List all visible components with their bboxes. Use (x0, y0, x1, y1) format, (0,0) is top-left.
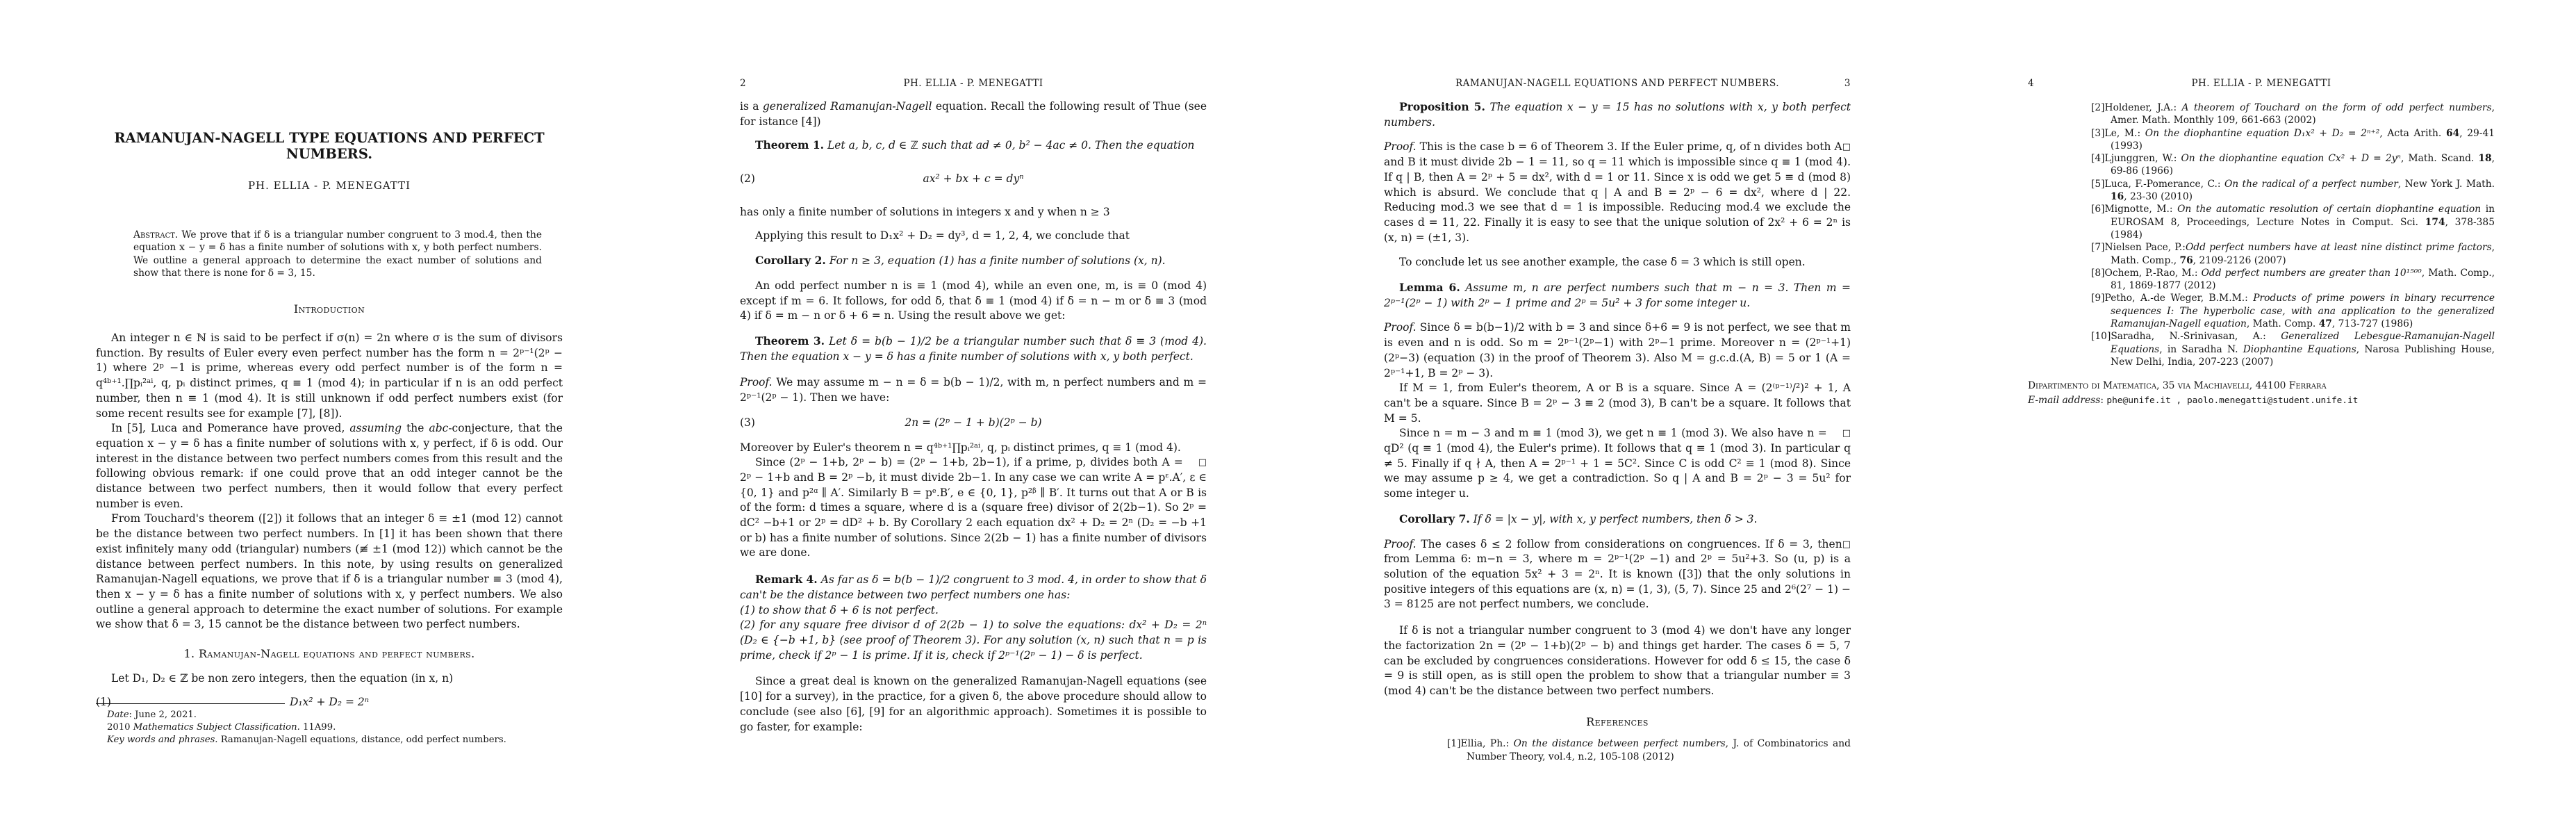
paragraph: Proposition 5. The equation x − y = 15 h… (1384, 99, 1851, 130)
text-segment: , New York J. Math. (2398, 179, 2495, 190)
page-4: 4PH. ELLIA - P. MENEGATTI[2]Holdener, J.… (1932, 0, 2576, 834)
text-segment: To conclude let us see another example, … (1399, 256, 1806, 268)
text-segment: We may assume m − n = δ = b(b − 1)/2, wi… (740, 376, 1207, 404)
paragraph: Proof. We may assume m − n = δ = b(b − 1… (740, 375, 1207, 405)
equation-number: (2) (740, 172, 784, 187)
reference-label: [9] (2091, 293, 2105, 304)
text-segment: , 23-30 (2010) (2124, 191, 2193, 202)
paragraph: has only a finite number of solutions in… (740, 205, 1207, 220)
text-segment: Odd perfect numbers are greater than 10¹… (2202, 268, 2422, 279)
text-segment: An integer n ∈ ℕ is said to be perfect i… (96, 332, 563, 420)
text-segment: abc (429, 422, 448, 434)
paragraph: Since a great deal is known on the gener… (740, 674, 1207, 735)
text-segment: Proposition 5. (1399, 100, 1485, 113)
paragraph: If δ is not a triangular number congruen… (1384, 623, 1851, 699)
text-segment: assuming (349, 422, 402, 434)
paragraph: Applying this result to D₁x² + D₂ = dy³,… (740, 229, 1207, 244)
text-segment: Proof. (1384, 321, 1417, 334)
text-segment: On the automatic resolution of certain d… (2177, 204, 2481, 215)
text-segment: Theorem 3. (755, 334, 825, 347)
section-heading: Introduction (96, 302, 563, 317)
reference-label: [2] (2091, 102, 2105, 113)
section-heading: References (1384, 714, 1851, 730)
text-segment: 47 (2319, 318, 2332, 329)
text-segment: On the radical of a perfect number (2224, 179, 2398, 190)
text-segment: 11A99. (300, 722, 336, 733)
qed-box: □ (1842, 140, 1851, 155)
text-segment: E-mail address (2028, 395, 2100, 406)
text-segment: Corollary 7. (1399, 512, 1470, 525)
paragraph: □Since n = m − 3 and m ≡ 1 (mod 3), we g… (1384, 426, 1851, 502)
paragraph: From Touchard's theorem ([2]) it follows… (96, 512, 563, 632)
paragraph: (1) to show that δ + 6 is not perfect. (740, 603, 1207, 619)
text-segment: Applying this result to D₁x² + D₂ = dy³,… (755, 229, 1130, 242)
text-segment: Ljunggren, W.: (2105, 153, 2181, 164)
paragraph: In [5], Luca and Pomerance have proved, … (96, 421, 563, 512)
reference-item: [10]Saradha, N.-Srinivasan, A.: Generali… (2091, 330, 2495, 368)
paragraph: is a generalized Ramanujan-Nagell equati… (740, 99, 1207, 129)
reference-label: [8] (2091, 268, 2105, 279)
text-segment: For n ≥ 3, equation (1) has a finite num… (829, 254, 1166, 267)
text-segment: -conjecture, that the equation x − y = δ… (96, 422, 563, 510)
text-segment: On the diophantine equation D₁x² + D₂ = … (2145, 128, 2380, 139)
text-segment: Nielsen Pace, P.: (2105, 242, 2186, 253)
abstract-label: Abstract. (133, 229, 178, 240)
text-segment: Introduction (294, 302, 365, 316)
text-segment: Since n = m − 3 and m ≡ 1 (mod 3), we ge… (1384, 427, 1851, 500)
footnote-line: Date: June 2, 2021. (96, 709, 563, 721)
paragraph: □Since (2ᵖ − 1+b, 2ᵖ − b) = (2ᵖ − 1+b, 2… (740, 455, 1207, 561)
paragraph: Remark 4. As far as δ = b(b − 1)/2 congr… (740, 572, 1207, 603)
paragraph: E-mail address: phe@unife.it , paolo.men… (2028, 394, 2495, 407)
reference-item: [6]Mignotte, M.: On the automatic resolu… (2091, 203, 2495, 241)
text-segment: Moreover by Euler's theorem n = q⁴ᵇ⁺¹∏pᵢ… (740, 441, 1181, 454)
paper-canvas: arXiv:1406.2183v1 [math.NT] 9 Jun 2014 R… (0, 0, 2576, 834)
text-segment: References (1586, 715, 1649, 728)
text-segment: Let a, b, c, d ∈ ℤ such that ad ≠ 0, b² … (827, 139, 1194, 152)
equation: (3)2n = (2ᵖ − 1 + b)(2ᵖ − b) (740, 416, 1207, 431)
reference-item: [8]Ochem, P.-Rao, M.: Odd perfect number… (2091, 267, 2495, 293)
paragraph: Proof. Since δ = b(b−1)/2 with b = 3 and… (1384, 320, 1851, 381)
reference-label: [6] (2091, 204, 2105, 215)
text-segment: Mignotte, M.: (2105, 204, 2178, 215)
text-segment: The cases δ ≤ 2 follow from consideratio… (1384, 538, 1851, 611)
text-segment: Le, M.: (2105, 128, 2145, 139)
text-segment: If δ is not a triangular number congruen… (1384, 624, 1851, 697)
paragraph: Theorem 3. Let δ = b(b − 1)/2 be a trian… (740, 334, 1207, 364)
equation-formula: ax² + bx + c = dyⁿ (784, 172, 1162, 187)
paragraph: (2) for any square free divisor d of 2(2… (740, 618, 1207, 663)
paragraph: Lemma 6. Assume m, n are perfect numbers… (1384, 280, 1851, 311)
footnote-line: 2010 Mathematics Subject Classification.… (96, 721, 563, 734)
page-content: Proposition 5. The equation x − y = 15 h… (1384, 0, 1851, 763)
text-segment: 18 (2478, 153, 2491, 164)
text-segment: 174 (2425, 217, 2445, 228)
paragraph: If M = 1, from Euler's theorem, A or B i… (1384, 381, 1851, 426)
text-segment: A theorem of Touchard on the form of odd… (2182, 102, 2492, 113)
text-segment: Holdener, J.A.: (2105, 102, 2182, 113)
text-segment: Proof. (740, 376, 773, 389)
footnote: Date: June 2, 2021.2010 Mathematics Subj… (96, 703, 563, 747)
reference-item: [1]Ellia, Ph.: On the distance between p… (1447, 737, 1851, 763)
paper-title: RAMANUJAN-NAGELL TYPE EQUATIONS AND PERF… (114, 131, 545, 162)
reference-label: [7] (2091, 242, 2105, 253)
text-segment: Since δ = b(b−1)/2 with b = 3 and since … (1384, 321, 1851, 379)
reference-item: [3]Le, M.: On the diophantine equation D… (2091, 127, 2495, 153)
text-segment: Since (2ᵖ − 1+b, 2ᵖ − b) = (2ᵖ − 1+b, 2b… (740, 456, 1207, 559)
text-segment: (2) for any square free divisor d of 2(2… (740, 619, 1207, 661)
text-segment: Diophantine Equations (2243, 344, 2356, 355)
page-content: is a generalized Ramanujan-Nagell equati… (740, 0, 1207, 735)
text-segment: Ochem, P.-Rao, M.: (2105, 268, 2202, 279)
paragraph: An integer n ∈ ℕ is said to be perfect i… (96, 331, 563, 421)
text-segment: Corollary 2. (755, 254, 826, 267)
qed-box: □ (1842, 537, 1851, 553)
reference-item: [5]Luca, F.-Pomerance, C.: On the radica… (2091, 178, 2495, 204)
abstract-text: We prove that if δ is a triangular numbe… (133, 229, 542, 279)
text-segment: RAMANUJAN-NAGELL TYPE EQUATIONS AND PERF… (114, 130, 544, 162)
text-segment: Petho, A.-de Weger, B.M.M.: (2105, 293, 2254, 304)
page-1: RAMANUJAN-NAGELL TYPE EQUATIONS AND PERF… (0, 0, 644, 834)
paragraph: □Proof. This is the case b = 6 of Theore… (1384, 140, 1851, 245)
paragraph: □Proof. The cases δ ≤ 2 follow from cons… (1384, 537, 1851, 613)
footnote-line: Key words and phrases. Ramanujan-Nagell … (96, 734, 563, 746)
paragraph: Moreover by Euler's theorem n = q⁴ᵇ⁺¹∏pᵢ… (740, 441, 1207, 456)
text-segment: This is the case b = 6 of Theorem 3. If … (1384, 140, 1851, 243)
reference-label: [3] (2091, 128, 2105, 139)
text-segment: 1. Ramanujan-Nagell equations and perfec… (183, 647, 474, 660)
text-segment: In [5], Luca and Pomerance have proved, (111, 422, 349, 434)
text-segment: the (402, 422, 429, 434)
qed-box: □ (1183, 455, 1207, 471)
text-segment: Proof. (1384, 140, 1417, 153)
reference-item: [2]Holdener, J.A.: A theorem of Touchard… (2091, 101, 2495, 127)
text-segment: Since a great deal is known on the gener… (740, 675, 1207, 733)
text-segment: Ellia, Ph.: (1461, 738, 1514, 749)
text-segment: (1) to show that δ + 6 is not perfect. (740, 604, 939, 616)
text-segment: 16 (2111, 191, 2124, 202)
reference-item: [9]Petho, A.-de Weger, B.M.M.: Products … (2091, 292, 2495, 330)
text-segment: Ramanujan-Nagell equations, distance, od… (218, 735, 506, 745)
text-segment: An odd perfect number n is ≡ 1 (mod 4), … (740, 279, 1207, 322)
text-segment: Theorem 1. (755, 138, 824, 152)
page-3: RAMANUJAN-NAGELL EQUATIONS AND PERFECT N… (1288, 0, 1932, 834)
equation: (2)ax² + bx + c = dyⁿ (740, 172, 1207, 187)
text-segment: Key words and phrases. (107, 735, 218, 745)
reference-item: [7]Nielsen Pace, P.:Odd perfect numbers … (2091, 241, 2495, 267)
text-segment: , 713-727 (1986) (2332, 318, 2413, 329)
paragraph: Corollary 7. If δ = |x − y|, with x, y p… (1384, 512, 1851, 528)
text-segment: Proof. (1384, 538, 1417, 550)
text-segment: , Acta Arith. (2379, 128, 2446, 139)
text-segment: From Touchard's theorem ([2]) it follows… (96, 512, 563, 630)
text-segment: , 2109-2126 (2007) (2193, 255, 2286, 266)
abstract: Abstract. We prove that if δ is a triang… (133, 229, 542, 280)
authors-line: PH. ELLIA - P. MENEGATTI (96, 179, 563, 194)
text-segment: On the distance between perfect numbers (1514, 738, 1726, 749)
text-segment: If M = 1, from Euler's theorem, A or B i… (1384, 382, 1851, 424)
reference-label: [10] (2091, 331, 2111, 342)
text-segment: Luca, F.-Pomerance, C.: (2105, 179, 2224, 190)
text-segment: Mathematics Subject Classification. (133, 722, 300, 733)
reference-label: [5] (2091, 179, 2105, 190)
page-2: 2PH. ELLIA - P. MENEGATTIis a generalize… (644, 0, 1288, 834)
text-segment: Remark 4. (755, 573, 818, 586)
text-segment: Odd perfect numbers have at least nine d… (2186, 242, 2492, 253)
paragraph: To conclude let us see another example, … (1384, 255, 1851, 270)
text-segment: If δ = |x − y|, with x, y perfect number… (1473, 513, 1758, 525)
text-segment: Lemma 6. (1399, 281, 1460, 294)
paragraph: Corollary 2. For n ≥ 3, equation (1) has… (740, 253, 1207, 269)
reference-label: [1] (1447, 738, 1461, 749)
text-segment: Let D₁, D₂ ∈ ℤ be non zero integers, the… (111, 672, 453, 685)
text-segment: generalized Ramanujan-Nagell (763, 100, 932, 113)
footnote-rule (96, 703, 285, 704)
qed-box: □ (1827, 426, 1851, 441)
text-segment: On the diophantine equation Cx² + D = 2y… (2181, 153, 2401, 164)
text-segment: is a (740, 100, 763, 113)
page-content: RAMANUJAN-NAGELL TYPE EQUATIONS AND PERF… (96, 0, 563, 710)
paragraph: Dipartimento di Matematica, 35 via Machi… (2028, 379, 2495, 392)
text-segment: 64 (2446, 128, 2459, 139)
text-segment: has only a finite number of solutions in… (740, 206, 1110, 218)
paragraph: Let D₁, D₂ ∈ ℤ be non zero integers, the… (96, 671, 563, 687)
equation-number: (3) (740, 416, 784, 431)
text-segment: , Math. Comp. (2247, 318, 2319, 329)
equation-formula: 2n = (2ᵖ − 1 + b)(2ᵖ − b) (784, 416, 1162, 431)
page-content: [2]Holdener, J.A.: A theorem of Touchard… (2028, 0, 2495, 407)
text-segment: 76 (2180, 255, 2193, 266)
text-segment: : June 2, 2021. (129, 710, 197, 720)
paragraph: Theorem 1. Let a, b, c, d ∈ ℤ such that … (740, 138, 1207, 154)
text-segment: Saradha, N.-Srinivasan, A.: (2111, 331, 2281, 342)
paragraph: An odd perfect number n is ≡ 1 (mod 4), … (740, 279, 1207, 324)
text-segment: , in Saradha N. (2159, 344, 2243, 355)
reference-label: [4] (2091, 153, 2105, 164)
text-segment: PH. ELLIA - P. MENEGATTI (248, 179, 411, 192)
text-segment: phe@unife.it , paolo.menegatti@student.u… (2106, 395, 2358, 406)
text-segment: 2010 (107, 722, 133, 733)
text-segment: , Math. Scand. (2401, 153, 2478, 164)
text-segment: Dipartimento di Matematica, 35 via Machi… (2028, 380, 2327, 391)
text-segment: Date (107, 710, 129, 720)
section-heading: 1. Ramanujan-Nagell equations and perfec… (96, 646, 563, 662)
reference-item: [4]Ljunggren, W.: On the diophantine equ… (2091, 152, 2495, 178)
